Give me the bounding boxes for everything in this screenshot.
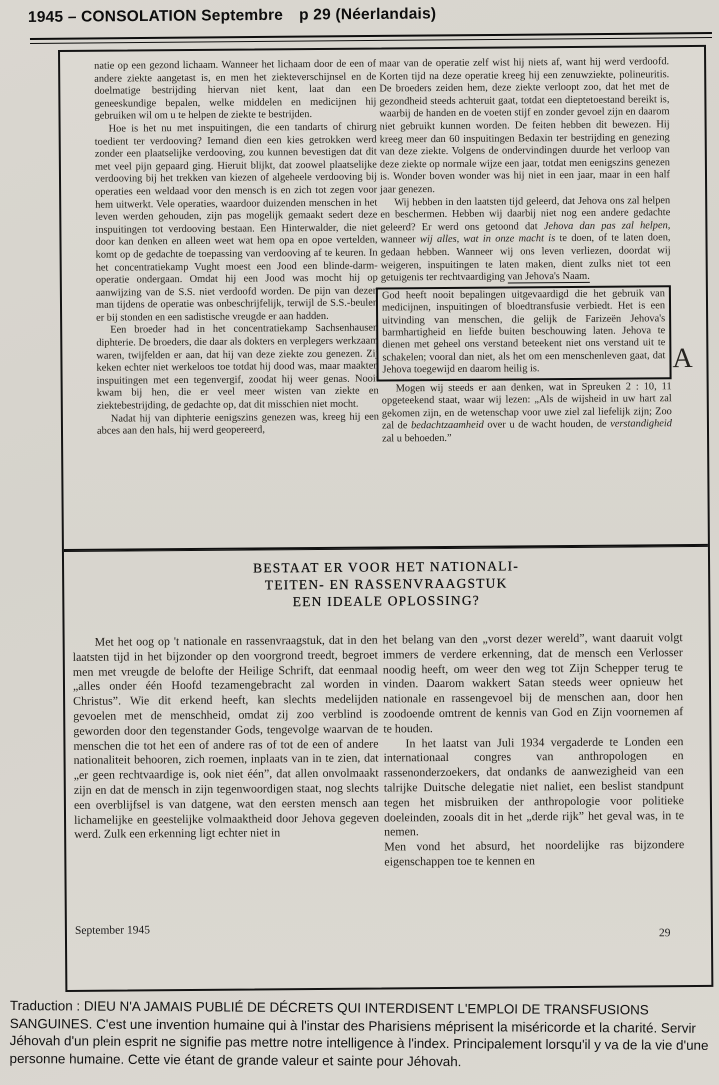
paragraph: Hoe is het nu met inspuitingen, die een …: [95, 121, 379, 325]
paragraph: het belang van den „vorst dezer wereld”,…: [383, 630, 684, 736]
hand-drawn-highlight-box: God heeft nooit bepalingen uitgevaardigd…: [376, 285, 672, 381]
article2-heading: BESTAAT ER VOOR HET NATIONALI- TEITEN- E…: [64, 556, 708, 612]
italic-phrase: wij alles, wat in onze macht is: [420, 233, 555, 245]
heading-line: EEN IDEALE OPLOSSING?: [64, 590, 708, 612]
header-divider-rule: [30, 32, 712, 44]
paragraph: Wij hebben in den laatsten tijd geleerd,…: [380, 195, 671, 285]
page-number: 29: [659, 927, 671, 939]
text-run: wanneer: [380, 234, 420, 245]
article-frame: natie op een gezond lichaam. Wanneer het…: [58, 45, 713, 992]
article2-right-column: het belang van den „vorst dezer wereld”,…: [383, 630, 685, 869]
paragraph: Nadat hij van diphterie eenigszins genez…: [97, 411, 379, 438]
issue-date: September 1945: [75, 924, 150, 937]
text-run: over u de wacht houden, de: [484, 419, 610, 431]
boxed-text: God heeft nooit bepalingen uitgevaardigd…: [382, 288, 666, 376]
italic-phrase: verstandigheid: [610, 419, 672, 430]
margin-annotation-letter: A: [672, 343, 692, 375]
paragraph: In het laatst van Juli 1934 vergaderde t…: [383, 734, 684, 840]
paragraph: natie op een gezond lichaam. Wanneer het…: [94, 59, 376, 124]
paragraph: Men vond het absurd, het noordelijke ras…: [384, 837, 684, 869]
article2-left-column: Met het oog op 't nationale en rassenvra…: [73, 633, 380, 843]
header-title: 1945 – CONSOLATION Septembre: [28, 7, 283, 26]
paragraph: Een broeder had in het concentratiekamp …: [96, 323, 379, 413]
text-run: zal u behoeden.”: [382, 433, 452, 445]
header-page-ref: p 29 (Néerlandais): [299, 5, 436, 23]
article1-left-column: natie op een gezond lichaam. Wanneer het…: [94, 59, 379, 439]
paragraph: Mogen wij steeds er aan denken, wat in S…: [382, 381, 672, 446]
underlined-phrase: van Jehova's Naam.: [507, 271, 589, 284]
paragraph: Met het oog op 't nationale en rassenvra…: [73, 633, 380, 843]
scanned-document-page: 1945 – CONSOLATION Septembrep 29 (Néerla…: [0, 0, 719, 1085]
paragraph: maar van de operatie zelf wist hij niets…: [379, 56, 670, 197]
italic-phrase: Jehova dan pas zal helpen,: [544, 220, 671, 232]
page-header: 1945 – CONSOLATION Septembrep 29 (Néerla…: [28, 5, 436, 27]
translation-note: Traduction : DIEU N'A JAMAIS PUBLIÉ DE D…: [10, 997, 710, 1072]
article1-right-column: maar van de operatie zelf wist hij niets…: [379, 56, 672, 446]
italic-phrase: bedachtzaamheid: [411, 420, 484, 432]
section-divider-rule: [64, 544, 708, 552]
